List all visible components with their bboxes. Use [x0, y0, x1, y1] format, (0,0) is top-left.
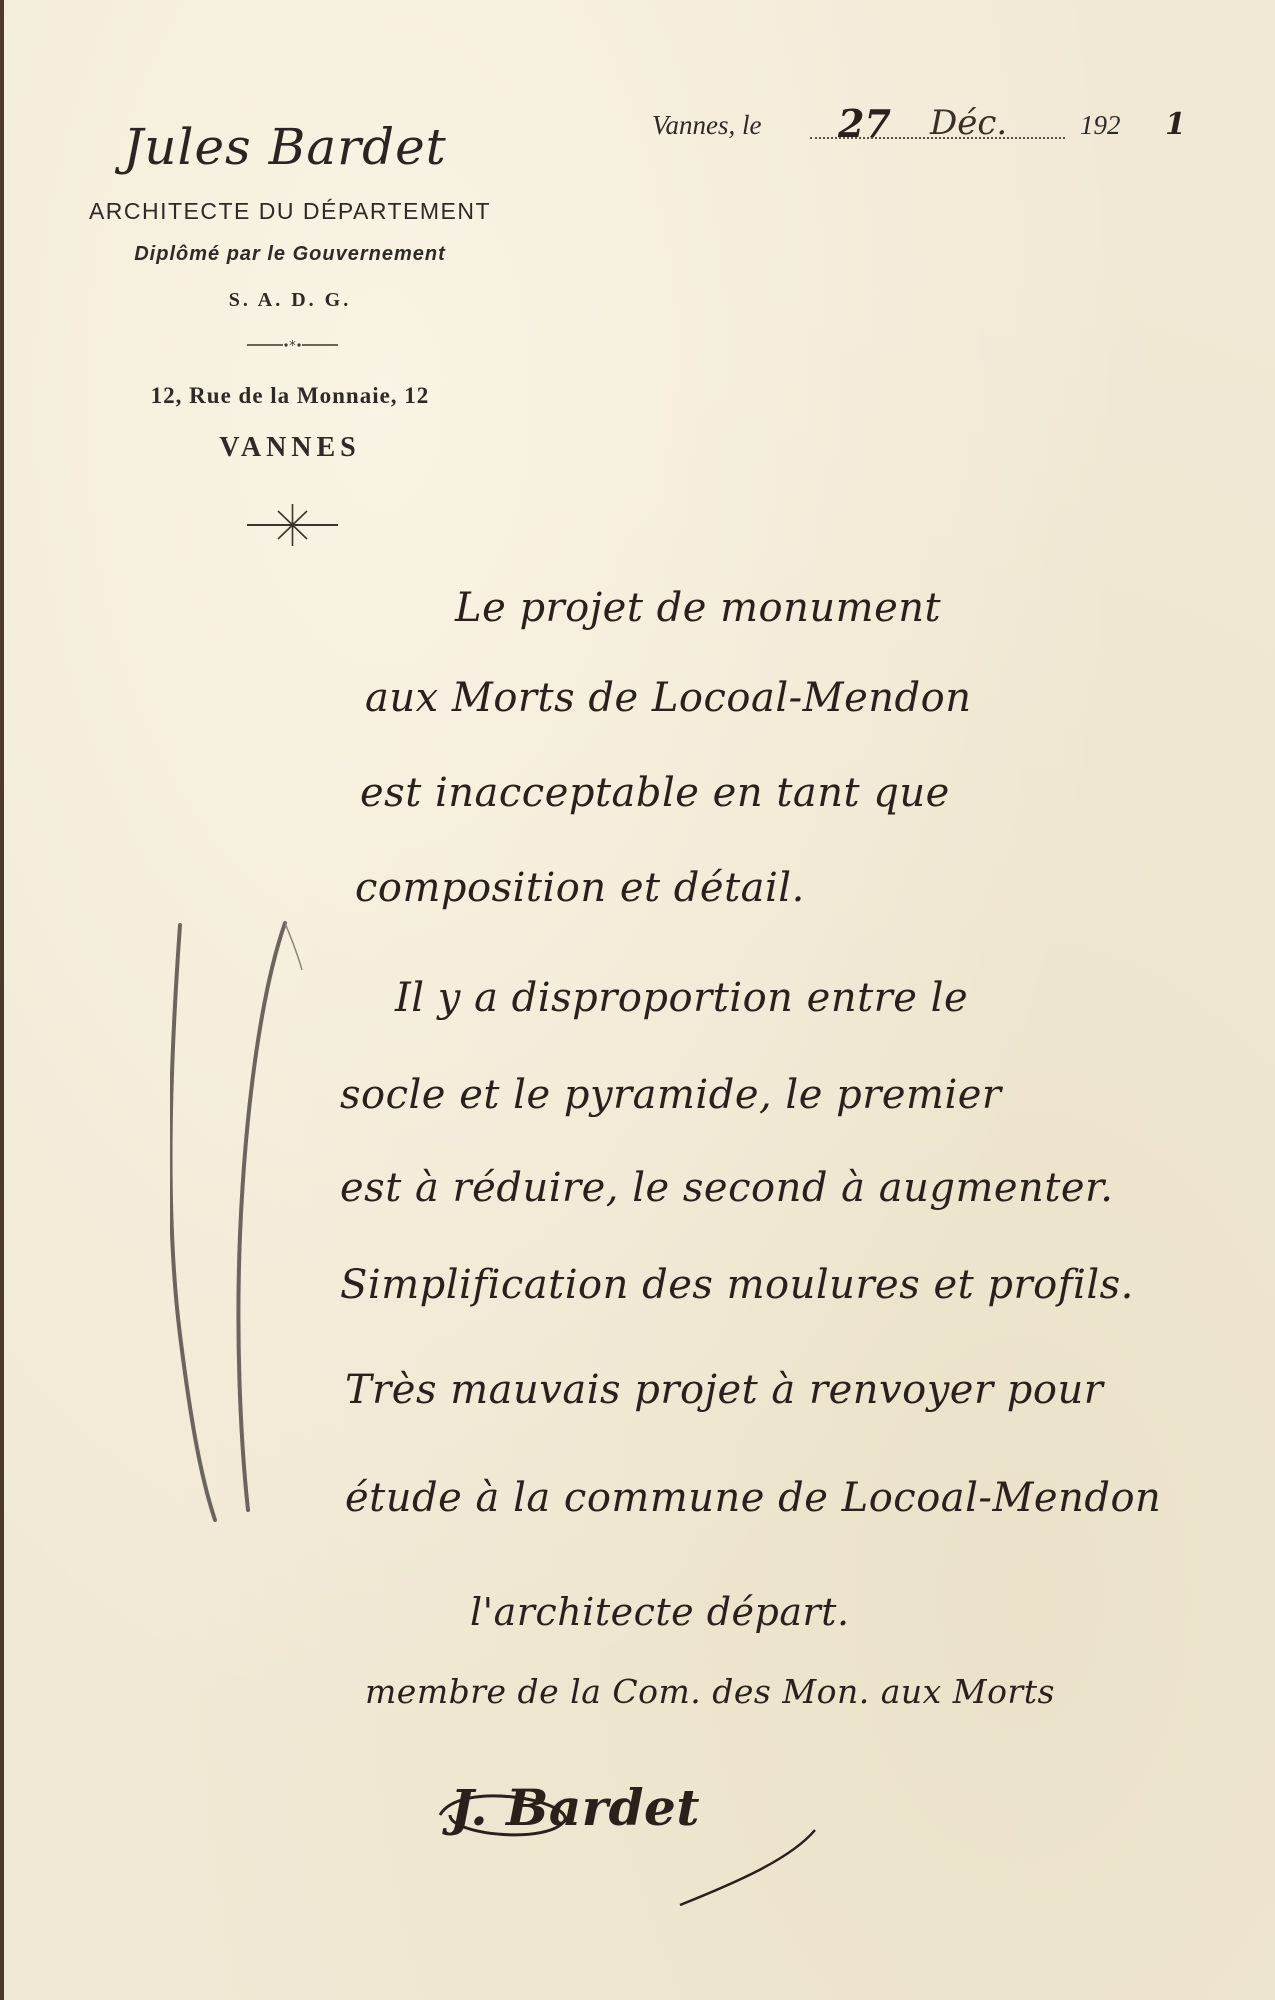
- body-line: est inacceptable en tant que: [360, 770, 950, 816]
- body-line: est à réduire, le second à augmenter.: [340, 1165, 1114, 1211]
- body-line: Simplification des moulures et profils.: [340, 1262, 1134, 1308]
- date-month: Déc.: [930, 103, 1007, 143]
- body-line: aux Morts de Locoal-Mendon: [365, 675, 971, 721]
- letter-page: Jules Bardet ARCHITECTE DU DÉPARTEMENT D…: [0, 0, 1275, 2000]
- date-year-digit: 1: [1165, 107, 1186, 142]
- letterhead-society: S. A. D. G.: [40, 289, 540, 312]
- body-line: composition et détail.: [355, 865, 805, 911]
- closing-line-2: membre de la Com. des Mon. aux Morts: [365, 1672, 1055, 1711]
- dateline-place: Vannes, le: [652, 110, 761, 141]
- body-line: Très mauvais projet à renvoyer pour: [345, 1367, 1103, 1413]
- pencil-mark-icon: [170, 915, 330, 1535]
- letterhead-diploma: Diplômé par le Gouvernement: [40, 243, 540, 266]
- ornament-star-icon: [245, 500, 340, 550]
- closing-line-1: l'architecte départ.: [470, 1590, 850, 1634]
- body-line: Le projet de monument: [455, 585, 941, 631]
- date-year-printed: 192: [1080, 110, 1121, 141]
- letterhead-city: VANNES: [40, 432, 540, 464]
- page-edge: [0, 0, 4, 2000]
- body-line: étude à la commune de Locoal-Mendon: [345, 1475, 1161, 1521]
- body-line: socle et le pyramide, le premier: [340, 1072, 1002, 1118]
- letterhead-title: ARCHITECTE DU DÉPARTEMENT: [40, 198, 540, 225]
- ornament-divider-icon: *: [245, 335, 340, 355]
- letterhead-name: Jules Bardet: [100, 118, 470, 176]
- letterhead-address: 12, Rue de la Monnaie, 12: [40, 383, 540, 409]
- signature-flourish-icon: [430, 1760, 850, 1910]
- date-day: 27: [838, 101, 891, 146]
- body-line: Il y a disproportion entre le: [395, 975, 968, 1021]
- svg-text:*: *: [289, 339, 296, 354]
- dateline: Vannes, le 27 Déc. 192 1: [650, 105, 1210, 175]
